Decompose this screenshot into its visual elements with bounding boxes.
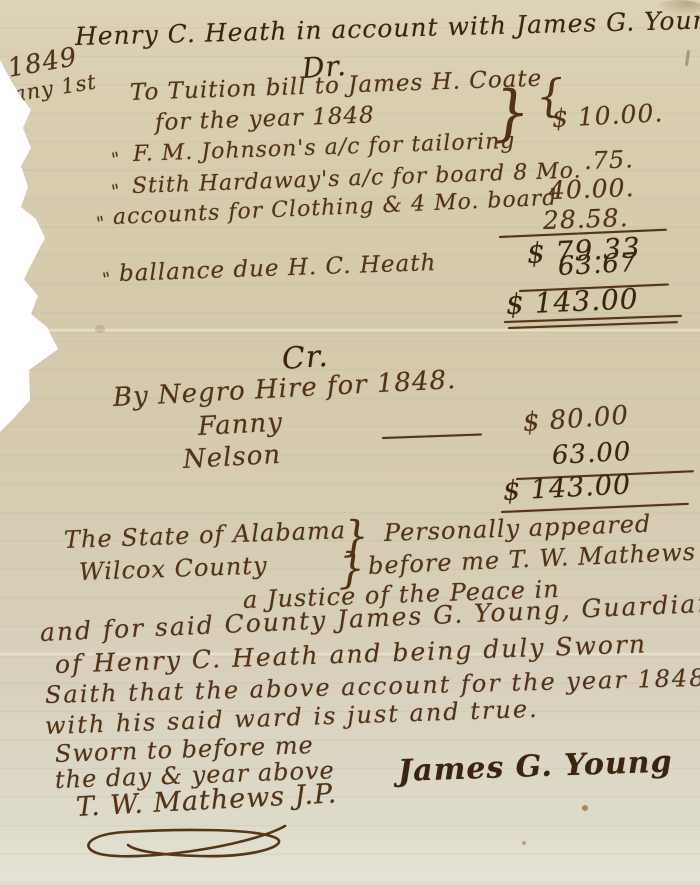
document-scan: Henry C. Heath in account with James G. …	[0, 0, 700, 885]
debit-row-amount: 40.00.	[548, 173, 634, 205]
debit-row-amount: .75.	[584, 145, 635, 175]
credit-row-amount: 63.00	[551, 437, 632, 471]
debit-total: $ 143.00	[505, 282, 639, 321]
stain	[95, 325, 105, 333]
debit-row-amount: $ 10.00.	[551, 98, 664, 133]
balance-amount: 63.67	[557, 248, 638, 282]
paper-sheet: Henry C. Heath in account with James G. …	[0, 0, 700, 885]
credit-row-name: Fanny	[197, 408, 283, 442]
fold-crease-upper	[0, 328, 700, 333]
stain	[522, 841, 526, 845]
stain	[582, 805, 588, 811]
credit-row-name: Nelson	[182, 440, 282, 475]
signature-flourish-icon	[80, 818, 295, 866]
